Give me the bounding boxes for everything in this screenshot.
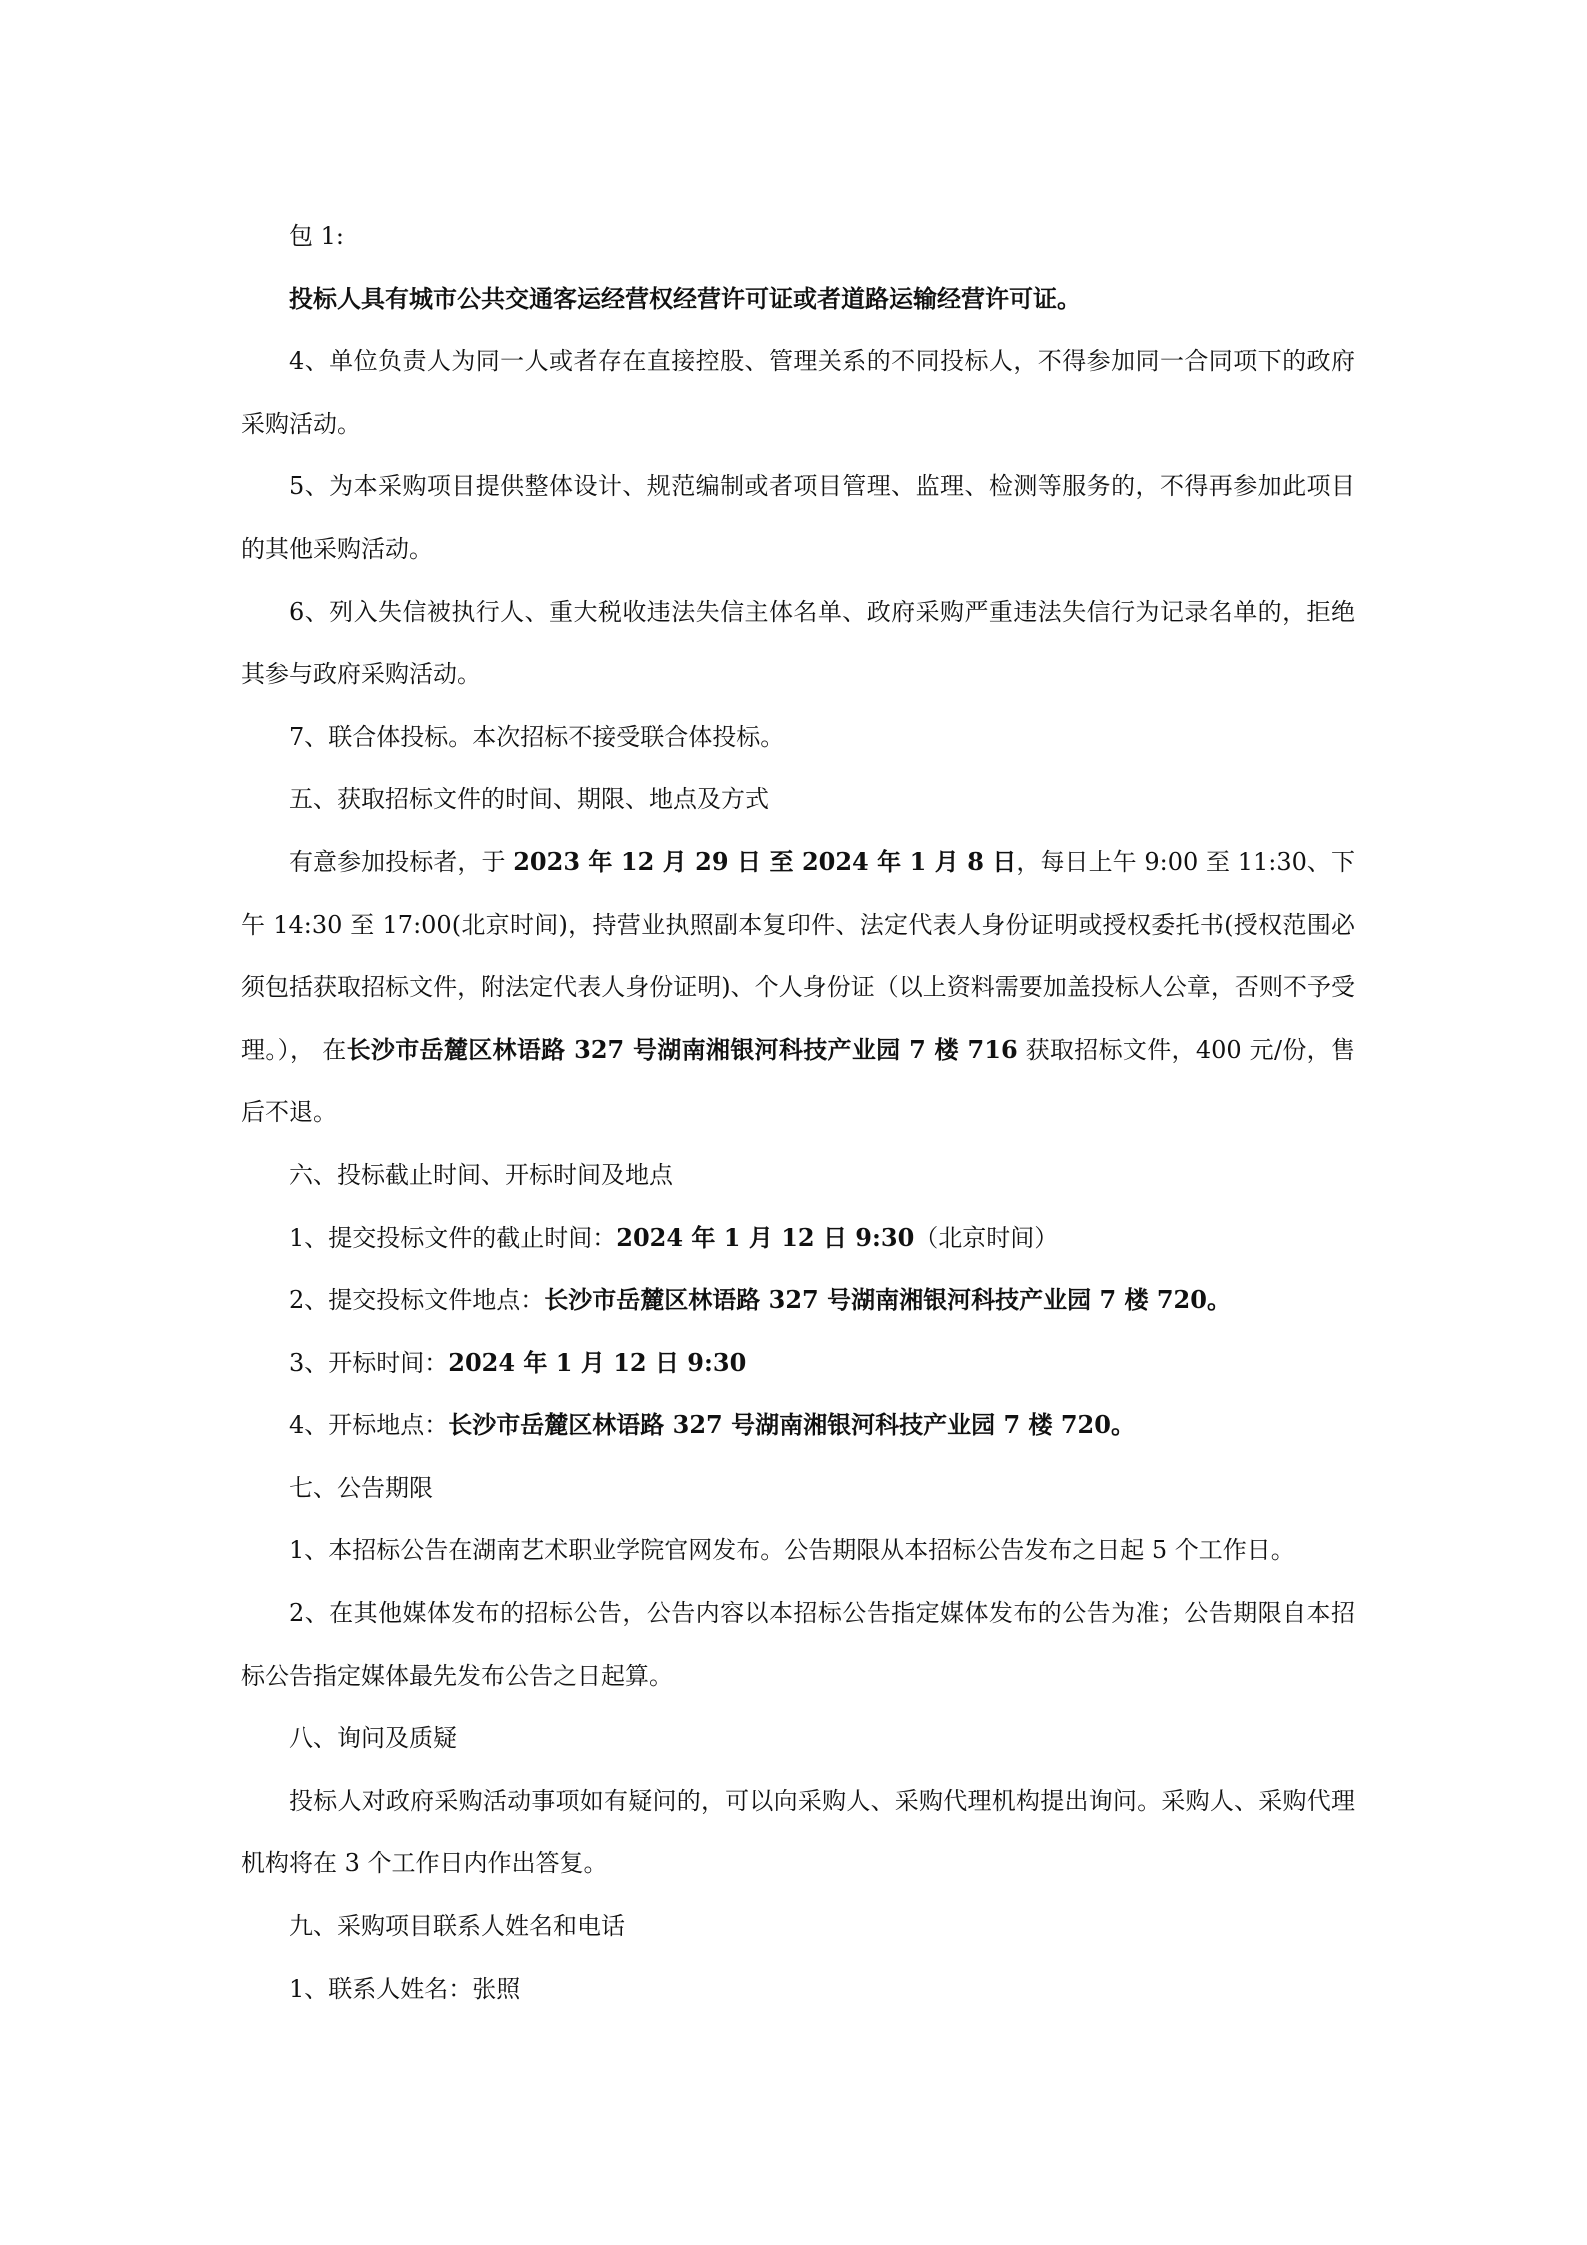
timezone-note: （北京时间） <box>914 1224 1058 1252</box>
package-1-requirement: 投标人具有城市公共交通客运经营权经营许可证或者道路运输经营许可证。 <box>241 268 1355 331</box>
date-range: 2023 年 12 月 29 日 至 2024 年 1 月 8 日 <box>513 847 1016 876</box>
label: 1、提交投标文件的截止时间： <box>289 1224 616 1252</box>
section-6-item-2: 2、提交投标文件地点：长沙市岳麓区林语路 327 号湖南湘银河科技产业园 7 楼… <box>241 1269 1355 1332</box>
contact-name: 1、联系人姓名：张照 <box>241 1958 1355 2021</box>
package-1-label: 包 1: <box>241 205 1355 268</box>
document-page: 包 1: 投标人具有城市公共交通客运经营权经营许可证或者道路运输经营许可证。 4… <box>0 0 1587 2245</box>
submission-address: 长沙市岳麓区林语路 327 号湖南湘银河科技产业园 7 楼 720。 <box>544 1285 1231 1314</box>
requirement-7: 7、联合体投标。本次招标不接受联合体投标。 <box>241 706 1355 769</box>
section-6-item-3: 3、开标时间：2024 年 1 月 12 日 9:30 <box>241 1332 1355 1395</box>
section-9-heading: 九、采购项目联系人姓名和电话 <box>241 1895 1355 1958</box>
text-run: 有意参加投标者，于 <box>289 848 513 876</box>
section-7-item-1: 1、本招标公告在湖南艺术职业学院官网发布。公告期限从本招标公告发布之日起 5 个… <box>241 1519 1355 1582</box>
requirement-6: 6、列入失信被执行人、重大税收违法失信主体名单、政府采购严重违法失信行为记录名单… <box>241 581 1355 706</box>
pickup-address: 长沙市岳麓区林语路 327 号湖南湘银河科技产业园 7 楼 716 <box>347 1035 1018 1064</box>
section-8-body: 投标人对政府采购活动事项如有疑问的，可以向采购人、采购代理机构提出询问。采购人、… <box>241 1770 1355 1895</box>
section-5-heading: 五、获取招标文件的时间、期限、地点及方式 <box>241 768 1355 831</box>
text-run: ，每日上午 9:00 至 11:30、下午 14:30 至 17:00(北京时间… <box>241 848 1355 1064</box>
section-5-body: 有意参加投标者，于 2023 年 12 月 29 日 至 2024 年 1 月 … <box>241 831 1355 1144</box>
section-7-item-2: 2、在其他媒体发布的招标公告，公告内容以本招标公告指定媒体发布的公告为准；公告期… <box>241 1582 1355 1707</box>
opening-address: 长沙市岳麓区林语路 327 号湖南湘银河科技产业园 7 楼 720。 <box>448 1410 1135 1439</box>
deadline-datetime: 2024 年 1 月 12 日 9:30 <box>616 1223 914 1252</box>
document-body: 包 1: 投标人具有城市公共交通客运经营权经营许可证或者道路运输经营许可证。 4… <box>241 205 1355 2020</box>
section-8-heading: 八、询问及质疑 <box>241 1707 1355 1770</box>
label: 2、提交投标文件地点： <box>289 1286 544 1314</box>
section-6-item-1: 1、提交投标文件的截止时间：2024 年 1 月 12 日 9:30（北京时间） <box>241 1207 1355 1270</box>
opening-datetime: 2024 年 1 月 12 日 9:30 <box>448 1348 746 1377</box>
requirement-5: 5、为本采购项目提供整体设计、规范编制或者项目管理、监理、检测等服务的，不得再参… <box>241 455 1355 580</box>
section-7-heading: 七、公告期限 <box>241 1457 1355 1520</box>
label: 3、开标时间： <box>289 1349 448 1377</box>
section-6-heading: 六、投标截止时间、开标时间及地点 <box>241 1144 1355 1207</box>
section-6-item-4: 4、开标地点：长沙市岳麓区林语路 327 号湖南湘银河科技产业园 7 楼 720… <box>241 1394 1355 1457</box>
label: 4、开标地点： <box>289 1411 448 1439</box>
requirement-4: 4、单位负责人为同一人或者存在直接控股、管理关系的不同投标人，不得参加同一合同项… <box>241 330 1355 455</box>
